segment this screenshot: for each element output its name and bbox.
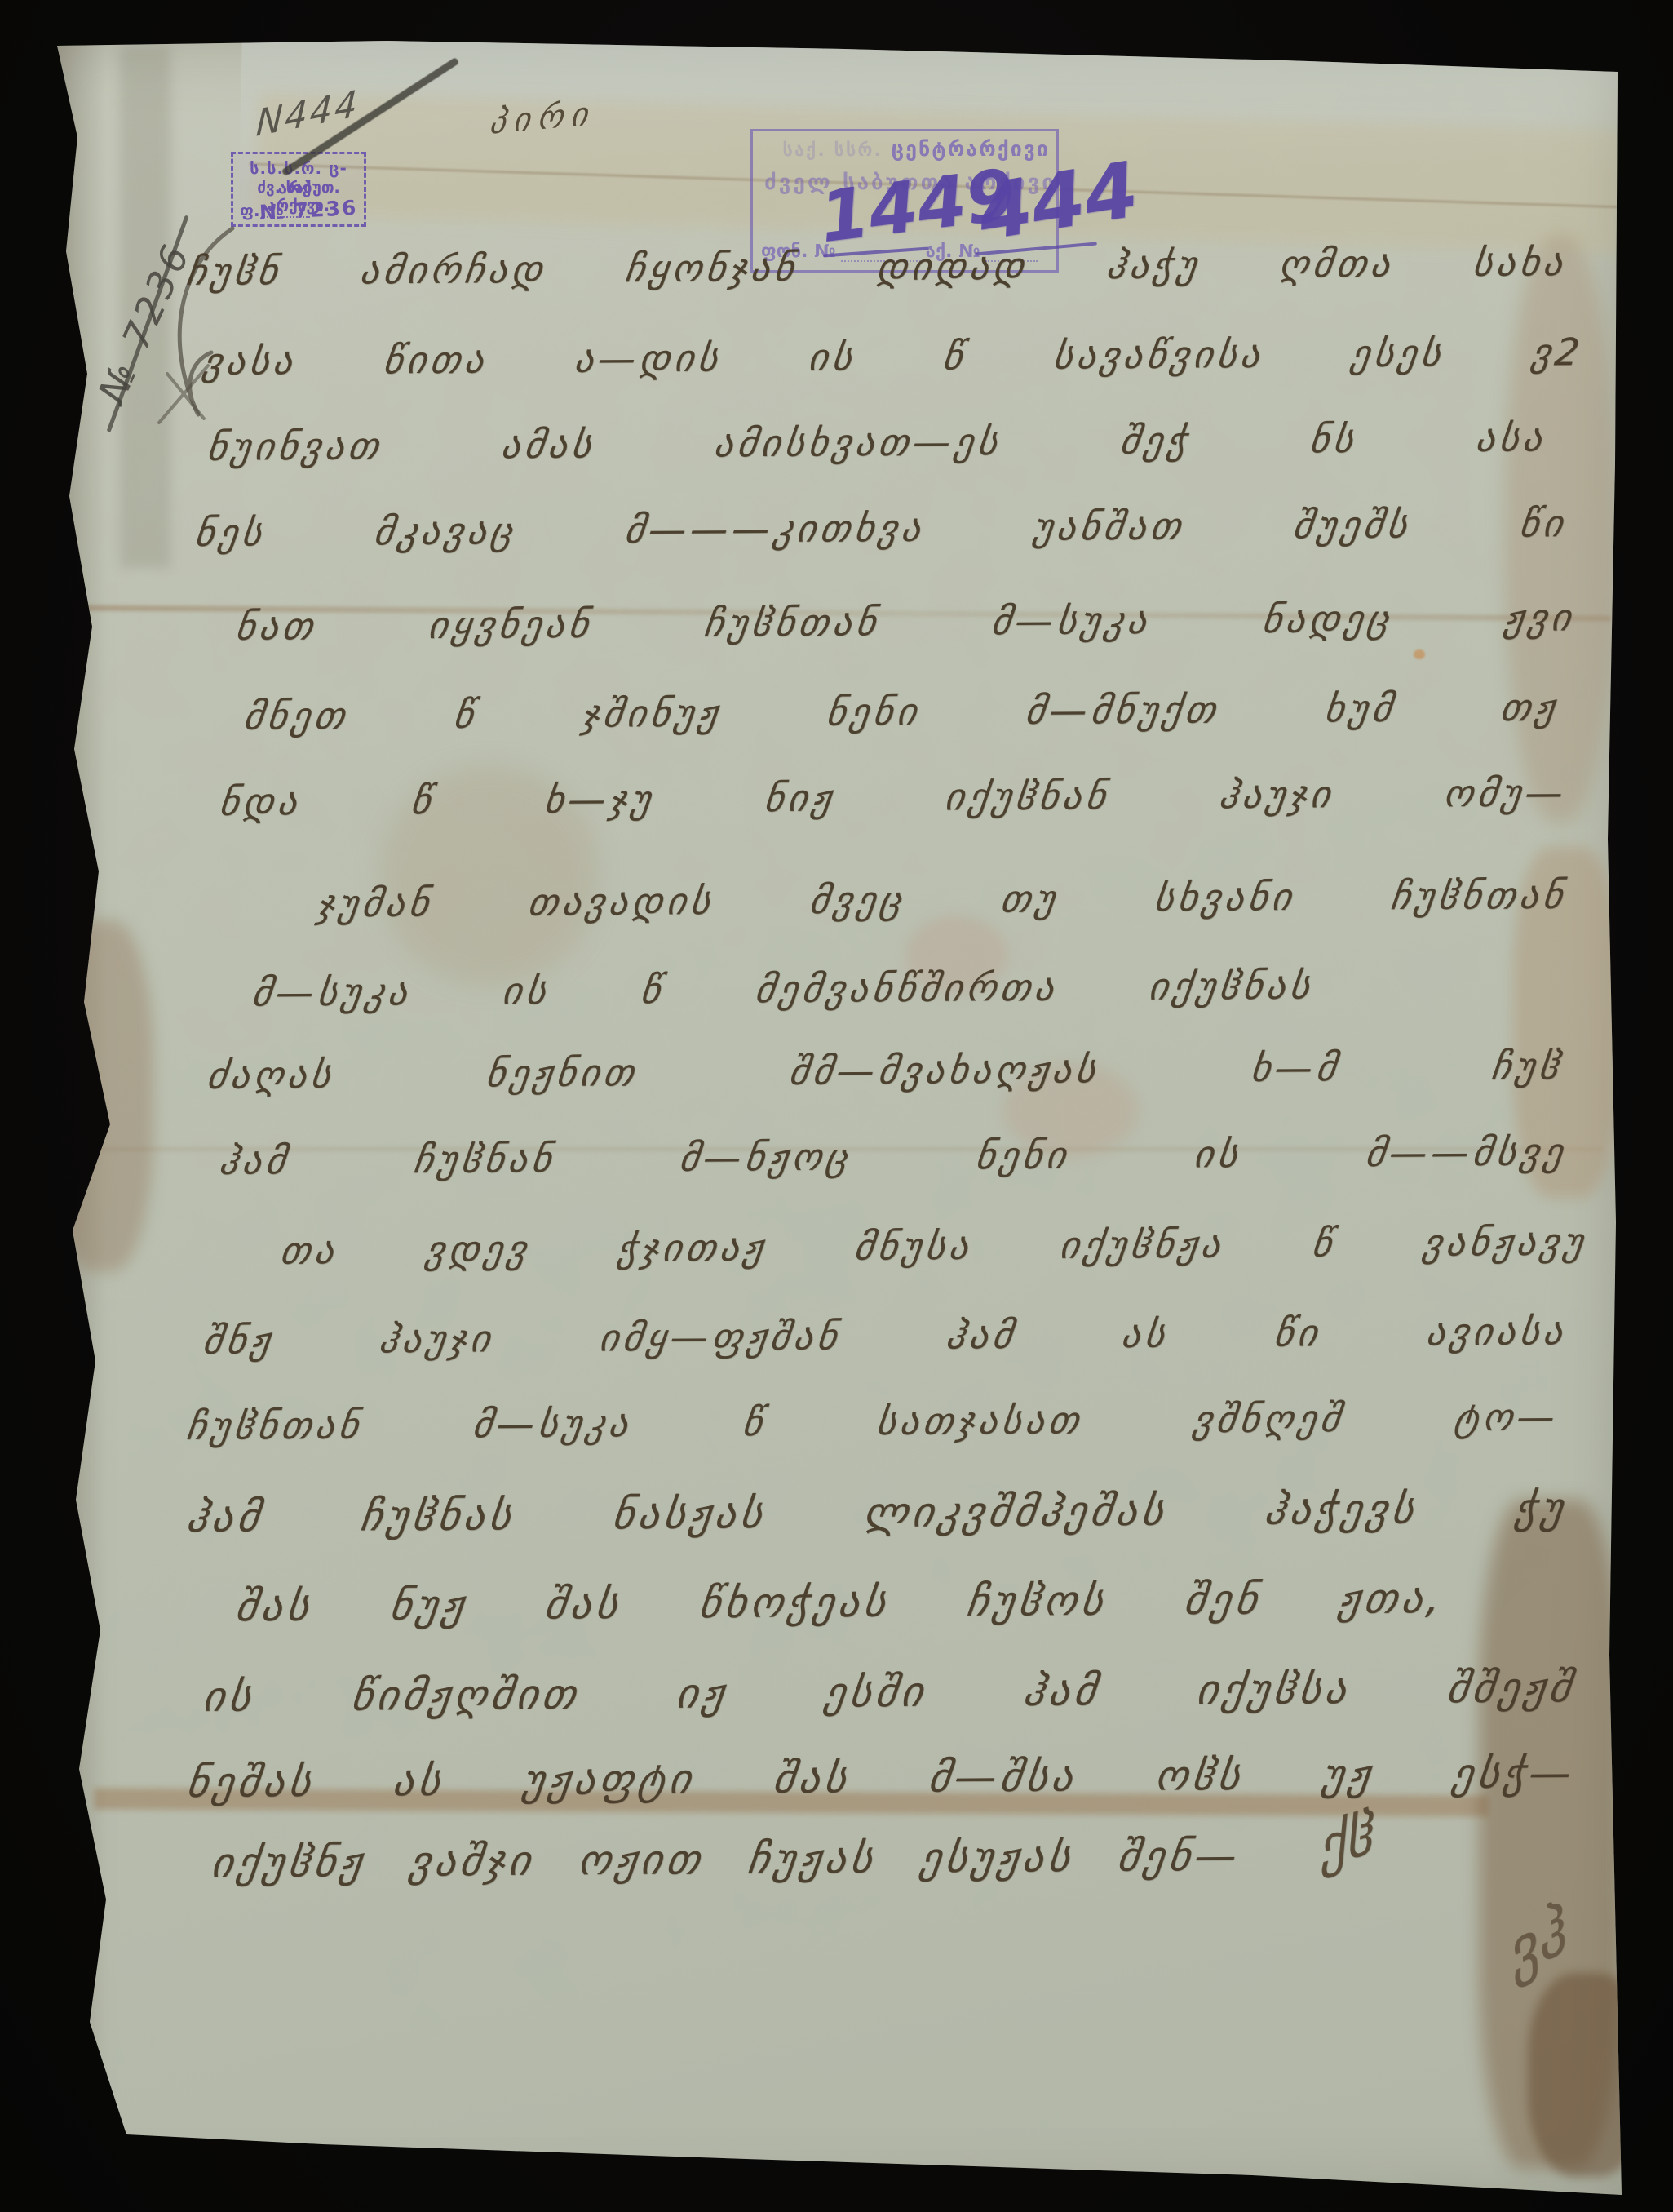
manuscript-line: ჰამ ჩუჱნას ნასჟას ლიკვშმჰეშას ჰაჭევს ჭუ <box>184 1484 1569 1542</box>
manuscript-line: იქუჱნჟ ვაშჯი ოჟით ჩუჟას ესუჟას შენ— <box>208 1833 1243 1888</box>
ink-title-note: პირი <box>488 95 596 142</box>
manuscript-line: შნჟ ჰაუჯი იმყ—ფჟშან ჰამ ას წი ავიასა <box>201 1309 1570 1363</box>
manuscript-line: მნეთ წ ჯშინუჟ ნენი მ—მნუქთ ხუმ თჟ <box>241 685 1562 738</box>
manuscript-line: ის წიმჟღშით იჟ ესში ჰამ იქუჱსა შშეჟშ <box>200 1664 1578 1722</box>
bottom-right-blotch <box>1528 1973 1646 2177</box>
end-flourish: ქჱ <box>1315 1802 1375 1881</box>
right-edge-stain-lower <box>1479 1500 1622 2169</box>
manuscript-line: ჰამ ჩუჱნან მ—ნჟოც ნენი ის მ——მსვე <box>217 1129 1570 1183</box>
manuscript-line: ნდა წ ხ—ჯუ ნიჟ იქუჱნან ჰაუჯი ომუ— <box>217 770 1570 824</box>
manuscript-line: ნუინვათ ამას ამისხვათ—ეს შეჭ ნს ასა <box>205 415 1550 468</box>
stamp-left-number: № 7236 <box>259 196 358 224</box>
manuscript-page: N444 პირი ს.ს.ს.რ. ც-არქ. ძვ. საბუთ. არქ… <box>45 39 1623 2200</box>
manuscript-line: ნეს მკავაც მ———კითხვა უანშათ შუეშს წი <box>193 501 1570 555</box>
corner-flourish: ვჰ <box>1499 1895 1572 1991</box>
left-edge-shade <box>45 39 106 2200</box>
manuscript-line: ვასა წითა ა—დის ის წ სავაწვისა ესეს ვ2 <box>201 330 1587 383</box>
manuscript-line: ჩუჱნთან მ—სუკა წ სათჯასათ ვშნღეშ ტო— <box>184 1394 1562 1448</box>
manuscript-line: ნეშას ას უჟაფტი შას მ—შსა ოჱს უჟ ესჭ— <box>184 1749 1578 1807</box>
manuscript-line: შას ნუჟ შას წხოჭეას ჩუჱოს შენ ჟთა, <box>232 1575 1447 1631</box>
manuscript-line: ჩუჱნ ამირჩად ჩყონჯან დიდად ჰაჭუ ღმთა სახ… <box>184 240 1570 294</box>
manuscript-line: ძაღას ნეჟნით შმ—მვახაღჟას ხ—მ ჩუჱ <box>205 1044 1566 1097</box>
stamp-right-line1-main: ცენტრარქივი <box>892 137 1050 161</box>
stamp-left-fond-label: ფ. <box>240 201 260 220</box>
manuscript-line: მ—სუკა ის წ მემვანწშირთა იქუჱნას <box>250 963 1317 1014</box>
manuscript-line: თა ვდევ ჭჯითაჟ მნუსა იქუჱნჟა წ ვანჟავუ <box>278 1219 1591 1272</box>
margin-number-text: № 7236 <box>90 235 200 409</box>
orange-dot <box>1414 649 1425 659</box>
manuscript-line: ჯუმან თავადის მვეც თუ სხვანი ჩუჱნთან <box>315 873 1570 926</box>
manuscript-line: ნათ იყვნეან ჩუჱნთან მ—სუკა ნადეც ჟვი <box>233 595 1578 648</box>
scan-background: N444 პირი ს.ს.ს.რ. ც-არქ. ძვ. საბუთ. არქ… <box>0 0 1673 2212</box>
stamp-right-line1-faded: საქ. სსრ. <box>782 140 883 161</box>
margin-pencil-number: № 7236 <box>71 194 217 450</box>
left-edge-blotch <box>51 920 153 1271</box>
